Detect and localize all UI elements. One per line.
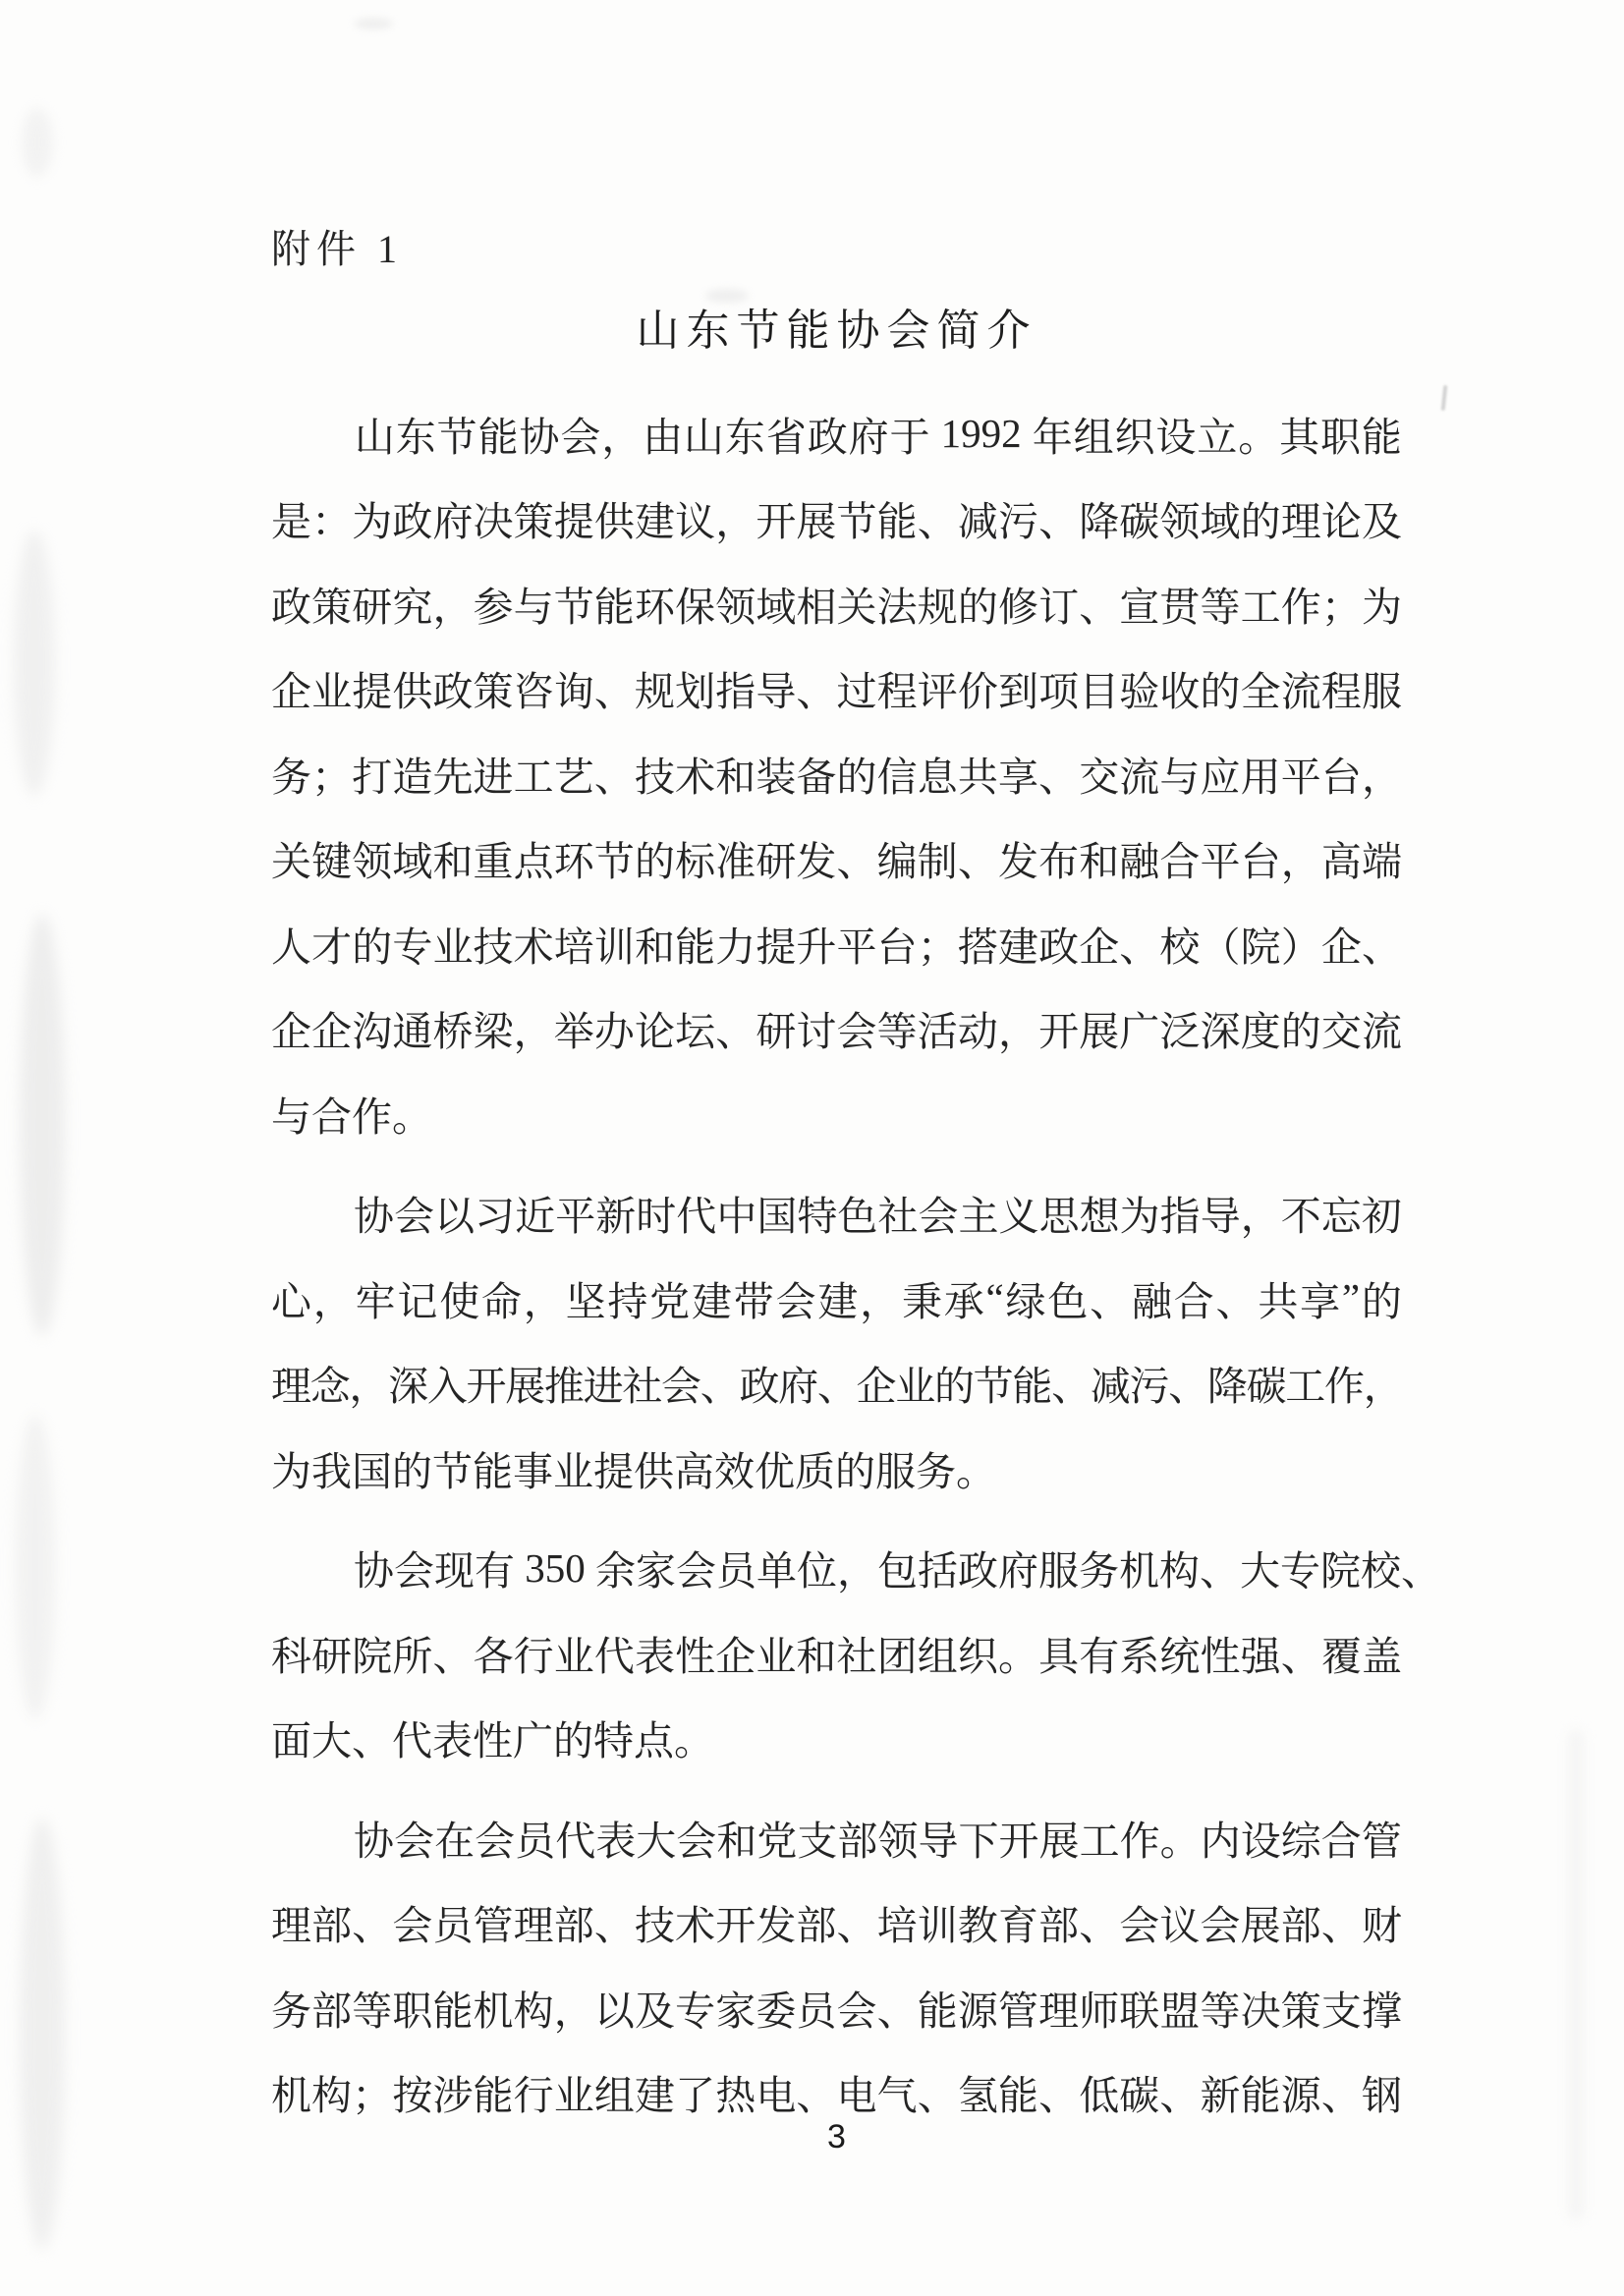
scan-smudge-top-left	[22, 108, 53, 177]
paragraph: 协会在会员代表大会和党支部领导下开展工作。内设综合管理部、会员管理部、技术开发部…	[271, 1795, 1402, 2135]
text-line: 为我国的节能事业提供高效优质的服务。	[271, 1426, 1402, 1511]
scan-smudge-top	[354, 18, 393, 29]
scan-smudge-left	[14, 531, 55, 796]
paragraph: 山东节能协会，由山东省政府于 1992 年组织设立。其职能是：为政府决策提供建议…	[271, 391, 1402, 1156]
scan-smudge-right	[1568, 1729, 1584, 2220]
text-line: 协会以习近平新时代中国特色社会主义思想为指导，不忘初	[271, 1171, 1402, 1257]
page-title: 山东节能协会简介	[271, 295, 1402, 358]
attachment-label: 附件 1	[271, 218, 403, 274]
text-line: 心，牢记使命，坚持党建带会建，秉承“绿色、融合、共享”的	[271, 1256, 1402, 1341]
paragraph: 协会现有 350 余家会员单位，包括政府服务机构、大专院校、科研院所、各行业代表…	[271, 1526, 1402, 1781]
text-line: 协会在会员代表大会和党支部领导下开展工作。内设综合管	[271, 1795, 1402, 1880]
text-line: 山东节能协会，由山东省政府于 1992 年组织设立。其职能	[271, 391, 1402, 476]
text-line: 务部等职能机构，以及专家委员会、能源管理师联盟等决策支撑	[271, 1965, 1402, 2050]
scan-smudge-left	[20, 914, 65, 1336]
scan-tick-mark	[1441, 385, 1448, 411]
paragraph: 协会以习近平新时代中国特色社会主义思想为指导，不忘初心，牢记使命，坚持党建带会建…	[271, 1171, 1402, 1511]
scan-smudge-left	[16, 1415, 55, 1719]
document-body: 山东节能协会，由山东省政府于 1992 年组织设立。其职能是：为政府决策提供建议…	[271, 391, 1402, 2135]
text-line: 是：为政府决策提供建议，开展节能、减污、降碳领域的理论及	[271, 476, 1402, 562]
page-number: 3	[271, 2118, 1402, 2156]
scanned-document-page: 附件 1 山东节能协会简介 山东节能协会，由山东省政府于 1992 年组织设立。…	[0, 0, 1624, 2296]
text-line: 企企沟通桥梁，举办论坛、研讨会等活动，开展广泛深度的交流	[271, 986, 1402, 1072]
text-line: 人才的专业技术培训和能力提升平台；搭建政企、校（院）企、	[271, 901, 1402, 986]
text-line: 关键领域和重点环节的标准研发、编制、发布和融合平台，高端	[271, 816, 1402, 902]
text-line: 理部、会员管理部、技术开发部、培训教育部、会议会展部、财	[271, 1880, 1402, 1966]
text-line: 企业提供政策咨询、规划指导、过程评价到项目验收的全流程服	[271, 646, 1402, 732]
text-line: 科研院所、各行业代表性企业和社团组织。具有系统性强、覆盖	[271, 1610, 1402, 1696]
text-line: 与合作。	[271, 1071, 1402, 1156]
scan-smudge-left	[20, 1818, 65, 2250]
text-line: 政策研究，参与节能环保领域相关法规的修订、宣贯等工作；为	[271, 561, 1402, 646]
text-line: 理念，深入开展推进社会、政府、企业的节能、减污、降碳工作，	[271, 1341, 1402, 1427]
text-line: 面大、代表性广的特点。	[271, 1696, 1402, 1781]
text-line: 务；打造先进工艺、技术和装备的信息共享、交流与应用平台，	[271, 731, 1402, 816]
text-line: 协会现有 350 余家会员单位，包括政府服务机构、大专院校、	[271, 1526, 1402, 1611]
